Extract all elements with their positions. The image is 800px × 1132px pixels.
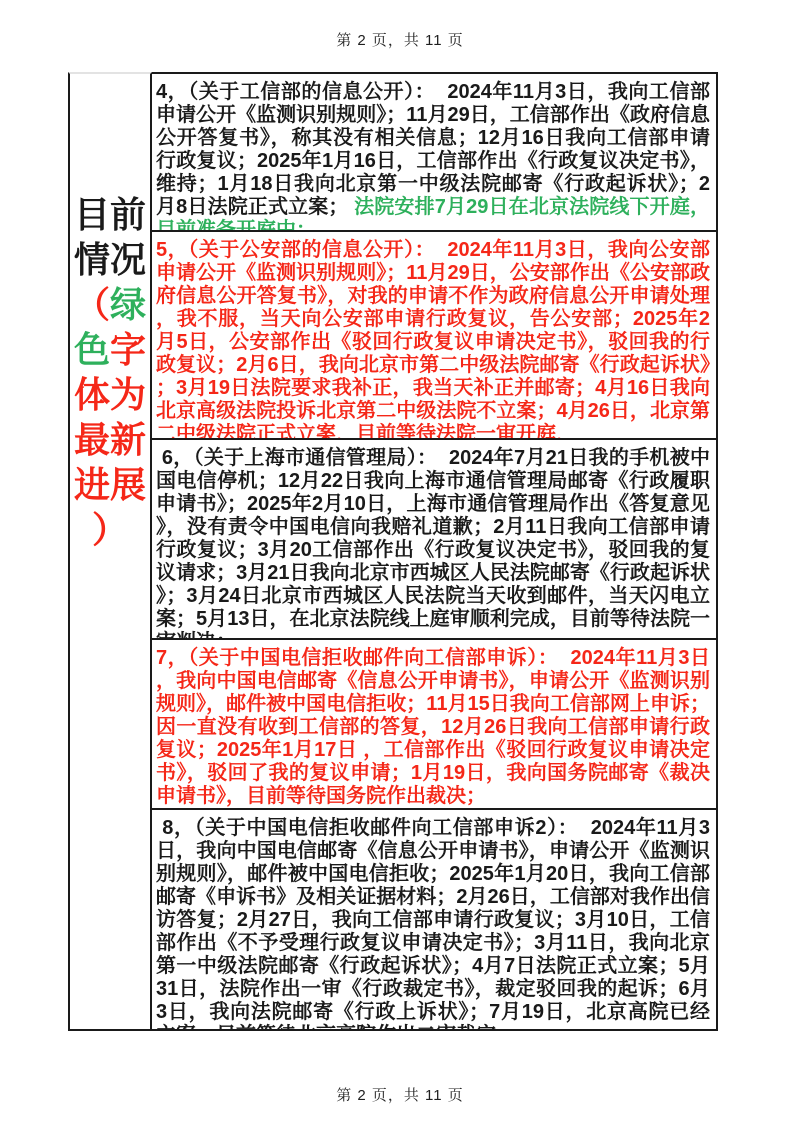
- table-row-item-7: 7，（关于中国电信拒收邮件向工信部申诉）： 2024年11月3日，我向中国电信邮…: [152, 638, 716, 808]
- case-item-text-4: 4，（关于工信部的信息公开）： 2024年11月3日，我向工信部申请公开《监测识…: [156, 81, 710, 230]
- black-text-segment: 目前情况: [74, 194, 146, 280]
- red-text-segment: 5，（关于公安部的信息公开）： 2024年11月3日，我向公安部申请公开《监测识…: [156, 239, 710, 438]
- black-text-segment: 6，（关于上海市通信管理局）： 2024年7月21日我的手机被中国电信停机；12…: [156, 447, 710, 638]
- current-status-label: 目前情况（绿色字体为最新进展）: [70, 192, 150, 552]
- black-text-segment: 8，（关于中国电信拒收邮件向工信部申诉2）： 2024年11月3日，我向中国电信…: [156, 817, 710, 1029]
- table-row-item-4: 4，（关于工信部的信息公开）： 2024年11月3日，我向工信部申请公开《监测识…: [152, 74, 716, 230]
- table-left-header-cell: 目前情况（绿色字体为最新进展）: [68, 72, 152, 1031]
- table-rows-column: 4，（关于工信部的信息公开）： 2024年11月3日，我向工信部申请公开《监测识…: [152, 72, 718, 1031]
- case-item-text-7: 7，（关于中国电信拒收邮件向工信部申诉）： 2024年11月3日，我向中国电信邮…: [156, 647, 710, 808]
- page-number-header: 第 2 页，共 11 页: [0, 29, 800, 50]
- table-row-item-8: 8，（关于中国电信拒收邮件向工信部申诉2）： 2024年11月3日，我向中国电信…: [152, 808, 716, 1029]
- red-text-segment: 7，（关于中国电信拒收邮件向工信部申诉）： 2024年11月3日，我向中国电信邮…: [156, 647, 710, 807]
- table-row-item-5: 5，（关于公安部的信息公开）： 2024年11月3日，我向公安部申请公开《监测识…: [152, 230, 716, 438]
- case-item-text-5: 5，（关于公安部的信息公开）： 2024年11月3日，我向公安部申请公开《监测识…: [156, 239, 710, 438]
- case-item-text-6: 6，（关于上海市通信管理局）： 2024年7月21日我的手机被中国电信停机；12…: [156, 447, 710, 638]
- red-text-segment: （: [74, 284, 110, 325]
- status-table: 目前情况（绿色字体为最新进展） 4，（关于工信部的信息公开）： 2024年11月…: [68, 72, 718, 1031]
- document-page: 第 2 页，共 11 页 目前情况（绿色字体为最新进展） 4，（关于工信部的信息…: [0, 0, 800, 1132]
- table-row-item-6: 6，（关于上海市通信管理局）： 2024年7月21日我的手机被中国电信停机；12…: [152, 438, 716, 638]
- page-number-footer: 第 2 页，共 11 页: [0, 1084, 800, 1105]
- case-item-text-8: 8，（关于中国电信拒收邮件向工信部申诉2）： 2024年11月3日，我向中国电信…: [156, 817, 710, 1029]
